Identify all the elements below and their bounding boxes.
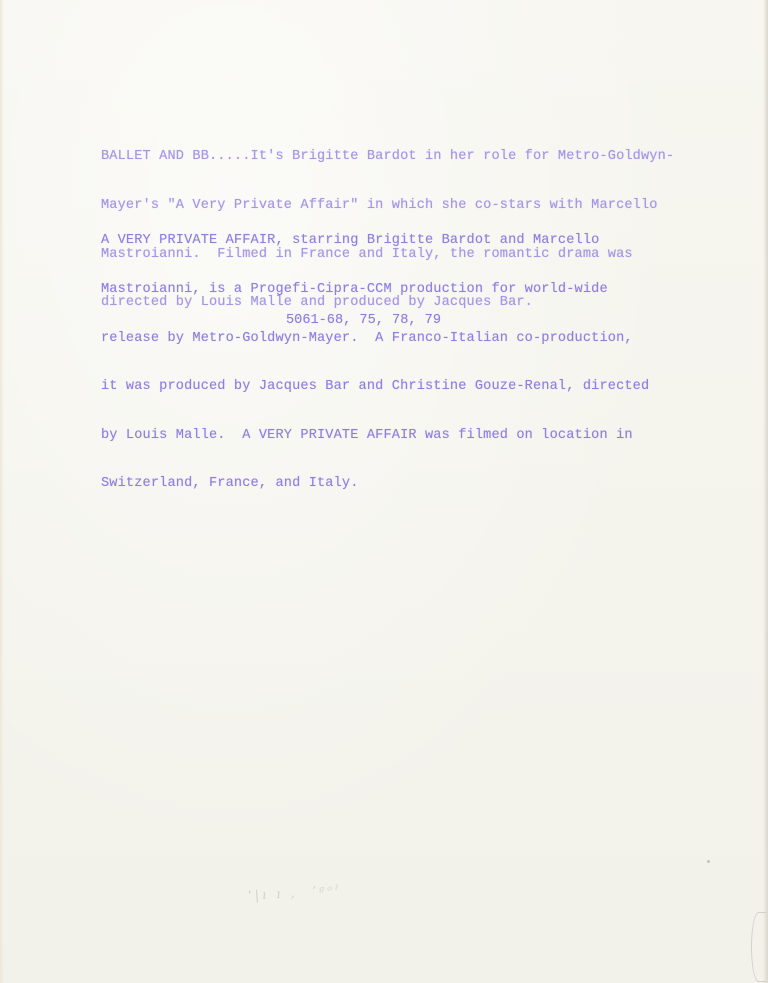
caption-line: A VERY PRIVATE AFFAIR, starring Brigitte… [101, 233, 649, 249]
caption-line: Mastroianni, is a Progefi-Cipra-CCM prod… [101, 282, 649, 298]
caption-line: release by Metro-Goldwyn-Mayer. A Franco… [101, 331, 649, 347]
photo-reference-number: 5061-68, 75, 78, 79 [286, 313, 441, 329]
paper-speck [707, 860, 710, 863]
paper-right-edge-shadow [763, 0, 768, 983]
caption-line: it was produced by Jacques Bar and Chris… [101, 379, 649, 395]
paper-left-edge [0, 0, 4, 983]
paper-corner-curl [751, 912, 766, 982]
caption-line: by Louis Malle. A VERY PRIVATE AFFAIR wa… [101, 428, 649, 444]
caption-line: Switzerland, France, and Italy. [101, 476, 649, 492]
caption-paragraph-2: A VERY PRIVATE AFFAIR, starring Brigitte… [101, 201, 649, 509]
caption-line: BALLET AND BB.....It's Brigitte Bardot i… [101, 149, 674, 165]
